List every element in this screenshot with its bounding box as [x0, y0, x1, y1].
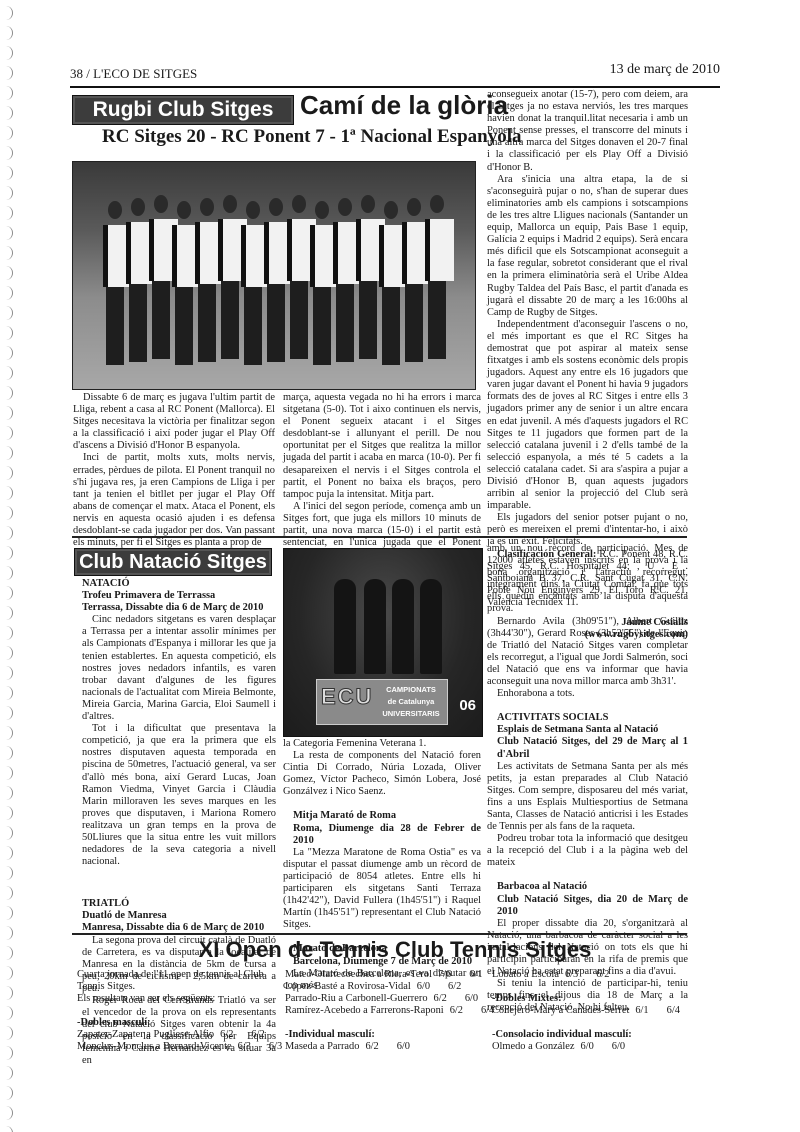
binding-hole-icon: [2, 946, 13, 960]
photo-number: 06: [459, 697, 476, 714]
set-score: 6/2: [251, 1029, 264, 1041]
match: Mateo-Olartecoechea a Riera-Terol: [285, 969, 432, 980]
binding-hole-icon: [2, 966, 13, 980]
player-figure: [149, 189, 173, 359]
player-figure: [402, 192, 426, 362]
player-figure: [333, 192, 357, 362]
intro-text: Cuarta jornada de l'11 open de tennis al…: [77, 969, 282, 993]
binding-hole-icon: [2, 646, 13, 660]
set-score: 6/3: [238, 1041, 251, 1053]
match: López-Basté a Rovirosa-Vidal: [285, 981, 411, 992]
paragraph: Enhorabona a tots.: [487, 688, 688, 700]
event-dateline: Club Natació Sitges, dia 20 de Març de 2…: [487, 894, 688, 918]
binding-hole-icon: [2, 126, 13, 140]
binding-hole-icon: [2, 66, 13, 80]
paragraph: aconsegueix anotar (15-7), pero com deie…: [487, 89, 688, 174]
set-score: 6/0: [417, 981, 430, 993]
event-dateline: Terrassa, Dissabte dia 6 de Març de 2010: [82, 602, 276, 614]
set-score: 6/2: [220, 1029, 233, 1041]
banner-line: CAMPIONATS: [379, 684, 443, 696]
natacio-section-banner: Club Natació Sitges: [74, 548, 272, 576]
swimming-podium-photo: ECU CAMPIONATS de Catalunya UNIVERSITARI…: [283, 548, 483, 737]
binding-hole-icon: [2, 1106, 13, 1120]
paragraph: Inci de partit, molts xuts, molts nervis…: [73, 452, 275, 549]
tennis-column-2: Mateo-Olartecoechea a Riera-Terol7/66/1 …: [285, 969, 485, 1054]
set-score: 6/0: [465, 993, 478, 1005]
category-label: -Dobles Mixtes:: [492, 993, 692, 1005]
binding-hole-icon: [2, 806, 13, 820]
paragraph: Tot i la dificultat que presentava la co…: [82, 723, 276, 868]
category-label: -Consolacio individual masculí:: [492, 1029, 692, 1041]
event-title: Duatló de Manresa: [82, 910, 276, 922]
binding-hole-icon: [2, 826, 13, 840]
player-figure: [264, 192, 288, 362]
binding-hole-icon: [2, 506, 13, 520]
rugbi-section-banner: Rugbi Club Sitges: [72, 95, 294, 125]
paragraph: La "Mezza Maratone de Roma Ostia" es va …: [283, 847, 481, 932]
binding-hole-icon: [2, 426, 13, 440]
match: Conejero-Mary a Canades-Serret: [492, 1005, 629, 1016]
set-score: 6/2: [365, 1041, 378, 1053]
binding-hole-icon: [2, 926, 13, 940]
binding-hole-icon: [2, 166, 13, 180]
result-row: López-Basté a Rovirosa-Vidal6/06/2: [285, 981, 485, 993]
photo-figure: [392, 579, 414, 674]
paragraph: La resta de components del Natació foren…: [283, 750, 481, 798]
set-score: 6/0: [612, 1041, 625, 1053]
binding-hole-icon: [2, 326, 13, 340]
paragraph: amb un nou rècord de participació. Mes d…: [487, 543, 688, 616]
binding-hole-icon: [2, 546, 13, 560]
binding-hole-icon: [2, 446, 13, 460]
binding-hole-icon: [2, 466, 13, 480]
player-figure: [172, 195, 196, 365]
binding-hole-icon: [2, 1066, 13, 1080]
binding-hole-icon: [2, 206, 13, 220]
match: Ramírez-Acebedo a Farrerons-Raponi: [285, 1005, 444, 1016]
result-row: Maseda a Parrado6/26/0: [285, 1041, 485, 1053]
banner-text: CAMPIONATS de Catalunya UNIVERSITARIS: [379, 684, 443, 720]
binding-hole-icon: [2, 986, 13, 1000]
binding-hole-icon: [2, 746, 13, 760]
binding-hole-icon: [2, 1006, 13, 1020]
binding-hole-icon: [2, 486, 13, 500]
event-title: Barbacoa al Natació: [487, 881, 688, 893]
set-score: 6/2: [596, 969, 609, 981]
paragraph: Independentment d'aconseguir l'ascens o …: [487, 319, 688, 513]
banner-line: de Catalunya: [379, 696, 443, 708]
set-score: 6/1: [469, 969, 482, 981]
result-row: Monclus-Monclus a Bernard-Vicente6/36/3: [77, 1041, 282, 1053]
rugbi-headline: Camí de la glòria: [300, 90, 508, 121]
player-figure: [310, 195, 334, 365]
binding-hole-icon: [2, 786, 13, 800]
set-score: 6/1: [635, 1005, 648, 1017]
match: Monclus-Monclus a Bernard-Vicente: [77, 1041, 232, 1052]
set-score: 6/3: [269, 1041, 282, 1053]
paragraph: Cinc nedadors sitgetans es varen desplaç…: [82, 614, 276, 723]
binding-hole-icon: [2, 226, 13, 240]
set-score: 6/0: [581, 1041, 594, 1053]
event-dateline: Club Natació Sitges, del 29 de Març al 1…: [487, 736, 688, 760]
player-figure: [103, 195, 127, 365]
binding-hole-icon: [2, 686, 13, 700]
match: Lobato a Escolà: [492, 969, 559, 980]
publication-name: 38 / L'ECO DE SITGES: [70, 66, 197, 82]
photo-figure: [334, 579, 356, 674]
player-figure: [126, 192, 150, 362]
photo-figure: [364, 579, 386, 674]
binding-hole-icon: [2, 566, 13, 580]
set-score: 6/4: [667, 1005, 680, 1017]
binding-hole-icon: [2, 666, 13, 680]
set-score: 6/2: [448, 981, 461, 993]
set-score: 6/2: [434, 993, 447, 1005]
binding-hole-icon: [2, 146, 13, 160]
binding-hole-icon: [2, 366, 13, 380]
issue-date: 13 de març de 2010: [610, 62, 720, 78]
player-figure: [356, 189, 380, 359]
result-row: Zapater-Zapater a Pugliese-Alfio6/26/2: [77, 1029, 282, 1041]
rugbi-column-1: Dissabte 6 de març es jugava l'ultim par…: [73, 392, 275, 549]
ecu-banner: ECU CAMPIONATS de Catalunya UNIVERSITARI…: [316, 679, 448, 725]
binding-hole-icon: [2, 766, 13, 780]
section-divider: [72, 536, 687, 538]
section-heading: ACTIVITATS SOCIALS: [487, 712, 688, 724]
paragraph: Les activitats de Setmana Santa per als …: [487, 761, 688, 834]
event-title: Mitja Marató de Roma: [283, 810, 481, 822]
set-score: 6/2: [450, 1005, 463, 1017]
page-header: 38 / L'ECO DE SITGES 13 de març de 2010: [70, 64, 720, 88]
binding-hole-icon: [2, 46, 13, 60]
binding-hole-icon: [2, 286, 13, 300]
event-title: Trofeu Primavera de Terrassa: [82, 590, 276, 602]
category-label: -Individual masculí:: [285, 1029, 485, 1041]
player-figure: [218, 189, 242, 359]
binding-hole-icon: [2, 106, 13, 120]
category-label: -Dobles masculí:: [77, 1017, 282, 1029]
binding-hole-icon: [2, 586, 13, 600]
result-row: Olmedo a González6/06/0: [492, 1041, 692, 1053]
binding-hole-icon: [2, 606, 13, 620]
result-row: Parrado-Riu a Carbonell-Guerrero6/26/0: [285, 993, 485, 1005]
binding-hole-icon: [2, 1126, 13, 1132]
photo-figure: [420, 579, 442, 674]
match: Maseda a Parrado: [285, 1041, 359, 1052]
binding-hole-icon: [2, 846, 13, 860]
binding-hole-icon: [2, 726, 13, 740]
binding-hole-icon: [2, 1046, 13, 1060]
result-row: Ramírez-Acebedo a Farrerons-Raponi6/26/4: [285, 1005, 485, 1017]
binding-hole-icon: [2, 866, 13, 880]
player-figure: [195, 192, 219, 362]
paragraph: Ara s'inicia una altra etapa, la de si s…: [487, 174, 688, 319]
section-heading: TRIATLÓ: [82, 898, 276, 910]
binding-hole-icon: [2, 1026, 13, 1040]
set-score: 6/3: [565, 969, 578, 981]
binding-hole-icon: [2, 26, 13, 40]
binding-hole-icon: [2, 706, 13, 720]
result-row: Conejero-Mary a Canades-Serret6/16/4: [492, 1005, 692, 1017]
player-figure: [287, 189, 311, 359]
result-row: Lobato a Escolà6/36/2: [492, 969, 692, 981]
tennis-column-1: Cuarta jornada de l'11 open de tennis al…: [77, 969, 282, 1054]
intro-text: Els resultats van ser els següents:: [77, 993, 282, 1005]
binding-hole-icon: [2, 186, 13, 200]
binding-hole-icon: [2, 306, 13, 320]
section-heading: NATACIÓ: [82, 578, 276, 590]
player-figure: [425, 189, 449, 359]
binding-holes: [2, 0, 18, 1132]
ecu-logo: ECU: [321, 684, 373, 710]
event-dateline: Roma, Diumenge dia 28 de Febrer de 2010: [283, 823, 481, 847]
binding-hole-icon: [2, 86, 13, 100]
player-figure: [241, 195, 265, 365]
binding-hole-icon: [2, 1086, 13, 1100]
section-divider: [72, 933, 687, 935]
result-row: Mateo-Olartecoechea a Riera-Terol7/66/1: [285, 969, 485, 981]
paragraph: Dissabte 6 de març es jugava l'ultim par…: [73, 392, 275, 452]
paragraph: Bernardo Avila (3h09'51"), Albert Guiluz…: [487, 616, 688, 689]
match: Zapater-Zapater a Pugliese-Alfio: [77, 1029, 214, 1040]
binding-hole-icon: [2, 386, 13, 400]
paragraph: la Categoria Femenina Veterana 1.: [283, 738, 481, 750]
banner-line: UNIVERSITARIS: [379, 708, 443, 720]
rugbi-subheadline: RC Sitges 20 - RC Ponent 7 - 1ª Nacional…: [102, 126, 522, 148]
binding-hole-icon: [2, 626, 13, 640]
match: Parrado-Riu a Carbonell-Guerrero: [285, 993, 428, 1004]
binding-hole-icon: [2, 406, 13, 420]
paragraph: marça, aquesta vegada no hi ha errors i …: [283, 392, 481, 501]
player-figure: [379, 195, 403, 365]
binding-hole-icon: [2, 526, 13, 540]
binding-hole-icon: [2, 886, 13, 900]
set-score: 6/0: [397, 1041, 410, 1053]
tennis-headline: XI Open de Tennis Club Tennis Sitges: [70, 937, 720, 963]
event-title: Esplais de Setmana Santa al Natació: [487, 724, 688, 736]
binding-hole-icon: [2, 246, 13, 260]
rugby-team-photo: [72, 161, 476, 390]
binding-hole-icon: [2, 6, 13, 20]
paragraph: Podreu trobar tota la informació que des…: [487, 833, 688, 869]
set-score: 7/6: [438, 969, 451, 981]
match: Olmedo a González: [492, 1041, 575, 1052]
tennis-column-3: Lobato a Escolà6/36/2 -Dobles Mixtes: Co…: [492, 969, 692, 1053]
binding-hole-icon: [2, 266, 13, 280]
binding-hole-icon: [2, 906, 13, 920]
binding-hole-icon: [2, 346, 13, 360]
